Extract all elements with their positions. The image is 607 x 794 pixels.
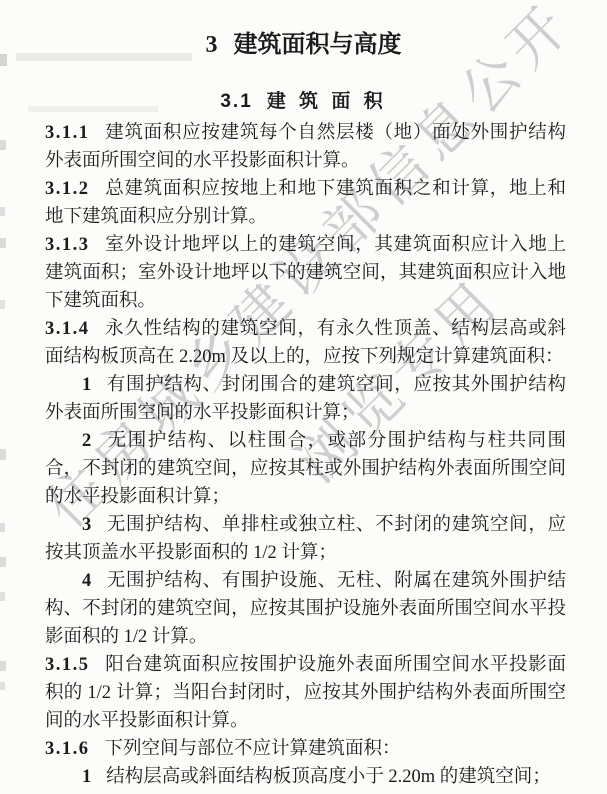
scan-artifact	[0, 207, 5, 216]
scan-artifact	[0, 557, 6, 567]
chapter-number: 3	[206, 32, 218, 58]
clause-number: 3.1.4	[45, 319, 105, 339]
clause-number: 3.1.5	[45, 655, 105, 675]
item-number: 4	[82, 571, 106, 591]
clause-text: 总建筑面积应按地上和地下建筑面积之和计算，地上和地下建筑面积应分别计算。	[45, 179, 566, 227]
chapter-heading: 3建筑面积与高度	[0, 24, 607, 59]
clause-3-1-2: 3.1.2总建筑面积应按地上和地下建筑面积之和计算，地上和地下建筑面积应分别计算…	[45, 175, 566, 231]
scan-artifact	[0, 449, 6, 460]
clause-3-1-4-item-3: 3无围护结构、单排柱或独立柱、不封闭的建筑空间，应按其顶盖水平投影面积的 1/2…	[45, 511, 566, 567]
section-heading: 3.1建 筑 面 积	[0, 86, 607, 113]
section-title: 建 筑 面 积	[267, 91, 387, 112]
clause-3-1-1: 3.1.1建筑面积应按建筑每个自然层楼（地）面处外围护结构外表面所围空间的水平投…	[45, 119, 566, 175]
scan-artifact	[0, 592, 5, 601]
clause-3-1-6-item-1: 1结构层高或斜面结构板顶高度小于 2.20m 的建筑空间；	[45, 763, 566, 791]
item-text: 结构层高或斜面结构板顶高度小于 2.20m 的建筑空间；	[106, 767, 551, 787]
scan-artifact	[0, 238, 6, 248]
clause-number: 3.1.6	[45, 739, 105, 759]
clause-text: 建筑面积应按建筑每个自然层楼（地）面处外围护结构外表面所围空间的水平投影面积计算…	[45, 123, 566, 171]
item-text: 无围护结构、以柱围合，或部分围护结构与柱共同围合，不封闭的建筑空间，应按其柱或外…	[45, 431, 566, 507]
item-number: 2	[82, 431, 106, 451]
clause-3-1-6: 3.1.6下列空间与部位不应计算建筑面积：	[45, 735, 566, 763]
clause-3-1-4-item-2: 2无围护结构、以柱围合，或部分围护结构与柱共同围合，不封闭的建筑空间，应按其柱或…	[45, 427, 566, 511]
section-number: 3.1	[220, 91, 252, 112]
clause-3-1-4: 3.1.4永久性结构的建筑空间，有永久性顶盖、结构层高或斜面结构板顶高在 2.2…	[45, 315, 566, 371]
item-number: 1	[82, 375, 106, 395]
clause-3-1-4-item-4: 4无围护结构、有围护设施、无柱、附属在建筑外围护结构、不封闭的建筑空间，应按其围…	[45, 567, 566, 651]
chapter-title: 建筑面积与高度	[234, 32, 402, 58]
item-text: 无围护结构、有围护设施、无柱、附属在建筑外围护结构、不封闭的建筑空间，应按其围护…	[45, 571, 566, 647]
scan-artifact	[0, 523, 5, 532]
clause-3-1-3: 3.1.3室外设计地坪以上的建筑空间，其建筑面积应计入地上建筑面积；室外设计地坪…	[45, 231, 566, 315]
body-text: 3.1.1建筑面积应按建筑每个自然层楼（地）面处外围护结构外表面所围空间的水平投…	[45, 119, 566, 791]
clause-number: 3.1.3	[45, 235, 105, 255]
clause-3-1-5: 3.1.5阳台建筑面积应按围护设施外表面所围空间水平投影面积的 1/2 计算；当…	[45, 651, 566, 735]
scan-artifact	[0, 140, 6, 150]
clause-text: 室外设计地坪以上的建筑空间，其建筑面积应计入地上建筑面积；室外设计地坪以下的建筑…	[45, 235, 566, 311]
clause-number: 3.1.2	[45, 179, 105, 199]
item-text: 有围护结构、封闭围合的建筑空间，应按其外围护结构外表面所围空间的水平投影面积计算…	[45, 375, 566, 423]
clause-3-1-4-item-1: 1有围护结构、封闭围合的建筑空间，应按其外围护结构外表面所围空间的水平投影面积计…	[45, 371, 566, 427]
scan-artifact	[0, 682, 5, 690]
clause-text: 永久性结构的建筑空间，有永久性顶盖、结构层高或斜面结构板顶高在 2.20m 及以…	[45, 319, 566, 367]
document-page: 住房城乡建设部信息公开 浏览专用 3建筑面积与高度 3.1建 筑 面 积 3.1…	[0, 0, 607, 794]
clause-number: 3.1.1	[45, 123, 105, 143]
clause-text: 阳台建筑面积应按围护设施外表面所围空间水平投影面积的 1/2 计算；当阳台封闭时…	[45, 655, 566, 731]
item-number: 3	[82, 515, 106, 535]
item-text: 无围护结构、单排柱或独立柱、不封闭的建筑空间，应按其顶盖水平投影面积的 1/2 …	[45, 515, 566, 563]
item-number: 1	[82, 767, 106, 787]
scan-artifact	[0, 300, 5, 309]
scan-artifact	[0, 661, 6, 671]
clause-text: 下列空间与部位不应计算建筑面积：	[105, 739, 401, 759]
